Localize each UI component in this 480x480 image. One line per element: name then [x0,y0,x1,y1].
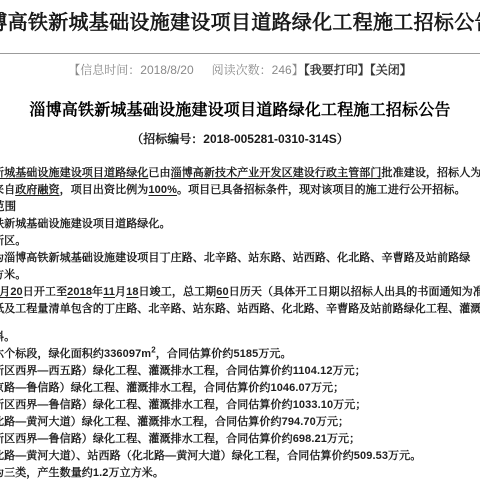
body-line: 为三类，产生数量约1.2万立方米。 [0,465,480,480]
body-line: 新区西界—鲁信路）绿化工程、灌溉排水工程，合同估算价约1033.10万元； [0,397,480,414]
body-line: 方米。 [0,267,480,284]
close-button[interactable]: 【关闭】 [370,63,412,77]
read-count-value: 246】 [272,63,304,77]
meta-bar: 【信息时间：2018/8/20阅读次数：246】【我要打印】【关闭】 [0,61,480,78]
body-line: 新城基础设施建设项目道路绿化已由淄博高新技术产业开发区建设行政主管部门批准建设，… [0,165,480,182]
body-line: 新区西界—西五路）绿化工程、灌溉排水工程，合同估算价约1104.12万元； [0,363,480,380]
body-line: 新区。 [0,233,480,250]
body-line: 范围 [0,199,480,216]
page-top-title: 淄博高铁新城基础设施建设项目道路绿化工程施工招标公告 [0,6,480,35]
body-line: 9月20日开工至2018年11月18日竣工，总工期60日历天（具体开工日期以招标… [0,284,480,301]
body-line: 为淄博高铁新城基础设施建设项目丁庄路、北辛路、站东路、站西路、化北路、辛曹路及站… [0,250,480,267]
body-line: 六个标段，绿化面积约336097m2，合同估算价约5185万元。 [0,346,480,363]
body-line: 铁新城基础设施建设项目道路绿化。 [0,216,480,233]
info-time-label: 【信息时间： [68,63,140,77]
body-line: 纸及工程量清单包含的丁庄路、北辛路、站东路、站西路、化北路、辛曹路及站前路绿化工… [0,301,480,318]
print-button[interactable]: 【我要打印】 [304,63,370,77]
body-line: 新区西界—鲁信路）绿化工程、灌溉排水工程，合同估算价约698.21万元； [0,431,480,448]
body-line: 京路—鲁信路）绿化工程、灌溉排水工程，合同估算价约1046.07万元； [0,380,480,397]
info-time-value: 2018/8/20 [140,63,193,77]
read-count-label: 阅读次数： [212,63,272,77]
body-line: 北路—黄河大道）绿化工程、灌溉排水工程，合同估算价约794.70万元； [0,414,480,431]
body-line: 来自政府融资，项目出资比例为100%。项目已具备招标条件，现对该项目的施工进行公… [0,182,480,199]
article-body: 新城基础设施建设项目道路绿化已由淄博高新技术产业开发区建设行政主管部门批准建设，… [0,165,480,480]
body-line: 料。 [0,329,480,346]
tender-number: （招标编号：2018-005281-0310-314S） [0,130,480,147]
header-divider [0,53,480,54]
document-title: 淄博高铁新城基础设施建设项目道路绿化工程施工招标公告 [0,97,480,120]
body-line: 北路—黄河大道）、站西路（化北路—黄河大道）绿化工程，合同估算价约509.53万… [0,448,480,465]
